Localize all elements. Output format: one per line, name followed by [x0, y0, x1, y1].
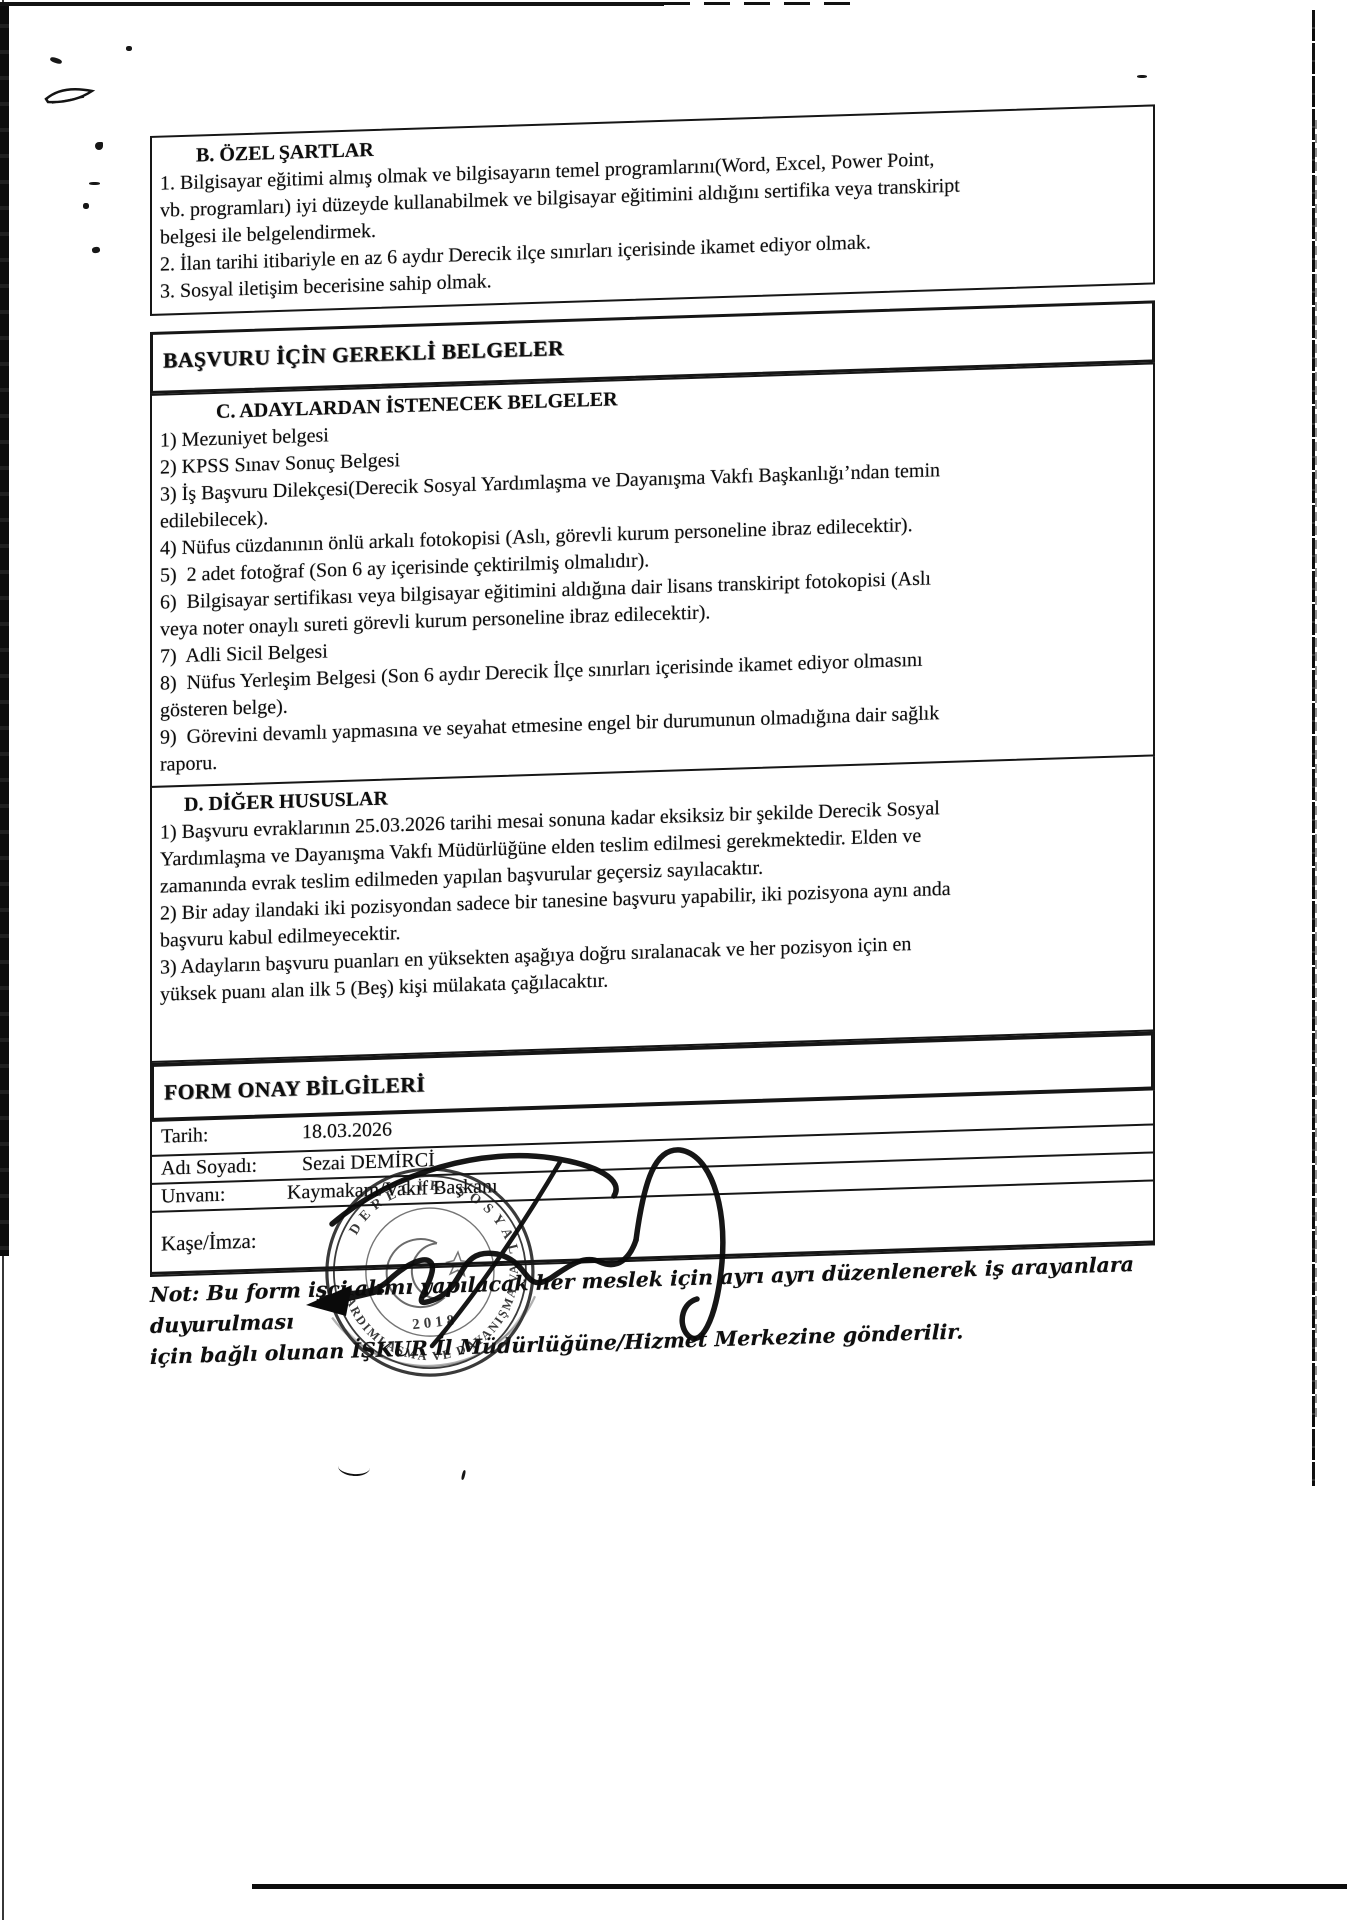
signature-ink [280, 1120, 800, 1420]
scan-edge-right-ghost [1315, 120, 1317, 1420]
ink-speck [83, 203, 89, 209]
scanned-document: B. ÖZEL ŞARTLAR 1. Bilgisayar eğitimi al… [150, 0, 1158, 1920]
section-diger-hususlar: D. DİĞER HUSUSLAR 1) Başvuru evraklarını… [150, 756, 1155, 1063]
row-label-tarih: Tarih: [161, 1124, 208, 1148]
row-label-adi-soyadi: Adı Soyadı: [161, 1155, 257, 1181]
row-label-kase-imza: Kaşe/İmza: [161, 1229, 257, 1257]
ink-speck [89, 182, 100, 185]
scan-edge-left [0, 2, 9, 1256]
section-istenecek-belgeler: C. ADAYLARDAN İSTENECEK BELGELER 1) Mezu… [150, 362, 1155, 788]
ink-speck [50, 56, 63, 64]
section-ozel-sartlar: B. ÖZEL ŞARTLAR 1. Bilgisayar eğitimi al… [150, 104, 1155, 316]
ink-speck [95, 142, 103, 150]
ink-speck [126, 46, 132, 51]
ink-scribble [42, 82, 102, 108]
signature-arrowhead [306, 1285, 352, 1316]
ink-speck [92, 246, 101, 253]
row-label-unvani: Unvanı: [161, 1184, 225, 1209]
